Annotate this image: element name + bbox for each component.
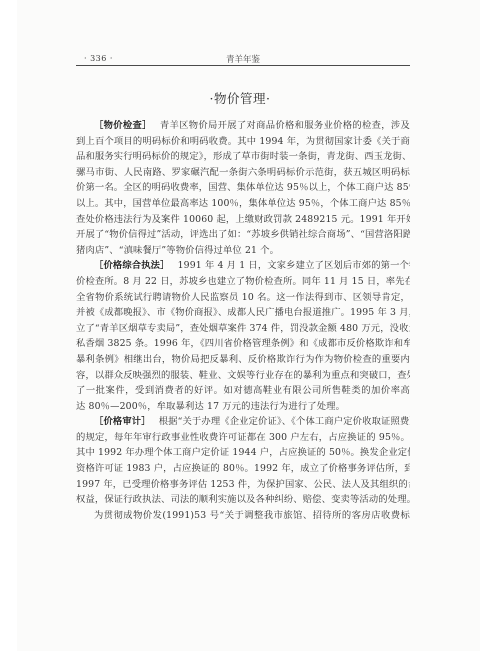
- section-title: ·物价管理·: [0, 89, 480, 107]
- paragraph-line: 以上。其中，国营单位最高率达 100％，集体单位达 95％，个体工商户达 85％…: [76, 196, 410, 212]
- paragraph-line: ［价格审计］根据“关于办理《企业定价证》、《个体工商户定价收取证照费》: [76, 414, 410, 430]
- paragraph-line: 价检查所。8 月 22 日，苏坡乡也建立了物价检查所。同年 11 月 15 日，…: [76, 274, 410, 290]
- paragraph-line: 资格许可证 1983 户，占应换证的 80％。1992 年，成立了价格事务评估所…: [76, 461, 410, 477]
- running-header: · 336 · 青羊年鉴: [76, 52, 410, 66]
- paragraph-line: 权益，保证行政执法、司法的顺利实施以及各种纠纷、赔偿、变卖等活动的处理。: [76, 492, 410, 508]
- paragraph-line: 达 80％—200％，牟取暴利达 17 万元的违法行为进行了处理。: [76, 399, 410, 415]
- paragraph-line: 暴利条例》相继出台，物价局把反暴利、反价格欺诈行为作为物价检查的重要内: [76, 352, 410, 368]
- paragraph-line: 了一批案件，受到消费者的好评。如对德高鞋业有限公司所售鞋类的加价率高: [76, 383, 410, 399]
- paragraph-line: 查处价格违法行为及案件 10060 起，上缴财政罚款 2489215 元。199…: [76, 212, 410, 228]
- book-title: 青羊年鉴: [76, 53, 410, 65]
- paragraph-line: 猪肉店”、“滇味餐厅”等物价信得过单位 21 个。: [76, 243, 410, 259]
- paragraph-line: 立了“青羊区烟草专卖局”，查处烟草案件 374 件，罚没款金额 480 万元，没…: [76, 321, 410, 337]
- paragraph-line: 到上百个项目的明码标价和明码收费。其中 1994 年，为贯彻国家计委《关于商: [76, 134, 410, 150]
- paragraph-line: 并被《成都晚报》、市《物价商报》、成都人民广播电台报道推广。1995 年 3 月…: [76, 305, 410, 321]
- paragraph-heading: ［价格审计］: [94, 416, 151, 427]
- paragraph-heading: ［物价检查］: [94, 120, 152, 131]
- paragraph-line: 容，以群众反映强烈的服装、鞋业、文娱等行业存在的暴利为重点和突破口，查处: [76, 368, 410, 384]
- paragraph-heading: ［价格综合执法］: [94, 260, 170, 271]
- paragraph-line: 价第一名。全区的明码收费率，国营、集体单位达 95％以上，个体工商户达 85％: [76, 180, 410, 196]
- paragraph-line: 骡马市街、人民南路、罗家碾汽配一条街六条明码标价示范街，获五城区明码标: [76, 165, 410, 181]
- header-divider: [76, 65, 410, 66]
- paragraph-line: ［物价检查］青羊区物价局开展了对商品价格和服务业价格的检查，涉及: [76, 118, 410, 134]
- body-text: ［物价检查］青羊区物价局开展了对商品价格和服务业价格的检查，涉及 到上百个项目的…: [76, 118, 410, 523]
- paragraph-line: 全省物价系统试行聘请物价人民监察员 10 名。这一作法得到市、区领导肯定，: [76, 290, 410, 306]
- paragraph-line: 1997 年，已受理价格事务评估 1253 件，为保护国家、公民、法人及其组织的…: [76, 477, 410, 493]
- paragraph-line: 开展了“物价信得过”活动，评选出了如：“苏坡乡供销社综合商场”、“国营洛阳路: [76, 227, 410, 243]
- paragraph-line: 其中 1992 年办理个体工商户定价证 1944 户，占应换证的 50％。换发企…: [76, 445, 410, 461]
- paragraph-line: 为贯彻成物价发(1991)53 号“关于调整我市旅馆、招待所的客房店收费标: [76, 508, 410, 524]
- paragraph-line: ［价格综合执法］1991 年 4 月 1 日，文家乡建立了区划后市郊的第一个物: [76, 258, 410, 274]
- paragraph-line: 私香烟 3825 条。1996 年，《四川省价格管理条例》和《成都市反价格欺诈和…: [76, 336, 410, 352]
- paragraph-line: 品和服务实行明码标价的规定》，形成了草市街时装一条街，青龙街、西玉龙街、: [76, 149, 410, 165]
- paragraph-line: 的规定，每年年审行政事业性收费许可证都在 300 户左右，占应换证的 95％。: [76, 430, 410, 446]
